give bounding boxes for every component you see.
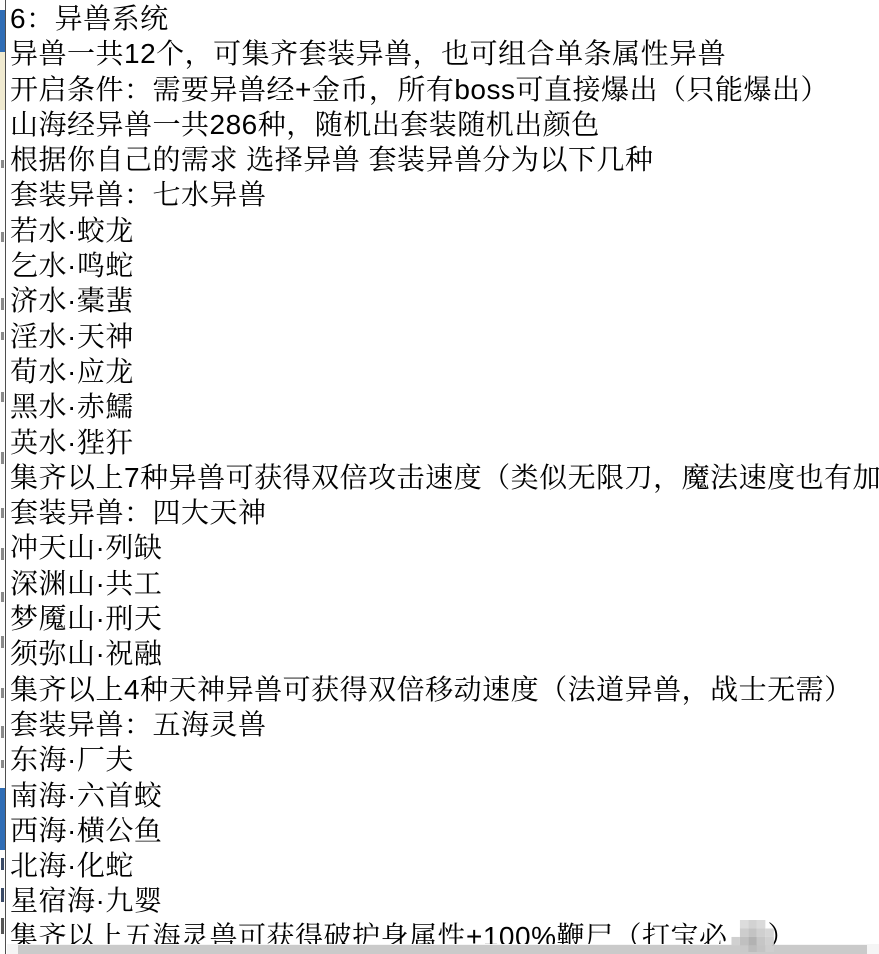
edge-text-fragment [1,636,4,648]
edge-text-fragment [1,726,4,738]
text-line: 深渊山·共工 [10,566,872,601]
text-line: 西海·横公鱼 [10,813,872,848]
text-line: 冲天山·列缺 [10,530,872,565]
edge-text-fragment [1,688,4,698]
text-line: 乞水·鸣蛇 [10,248,872,283]
edge-text-fragment [1,918,4,934]
document-text: 6：异兽系统 异兽一共12个，可集齐套装异兽，也可组合单条属性异兽 开启条件：需… [10,1,872,954]
text-line: 根据你自己的需求 选择异兽 套装异兽分为以下几种 [10,142,872,177]
text-line: 6：异兽系统 [10,1,872,36]
edge-text-fragment [1,592,4,602]
text-line: 套装异兽：五海灵兽 [10,707,872,742]
edge-text-fragment [1,232,4,242]
text-line: 集齐以上4种天神异兽可获得双倍移动速度（法道异兽，战士无需） [10,672,872,707]
text-line: 套装异兽：四大天神 [10,495,872,530]
text-line: 南海·六首蛟 [10,778,872,813]
edge-text-fragment [1,760,4,768]
edge-text-fragment [1,888,4,902]
text-line: 北海·化蛇 [10,848,872,883]
text-line: 济水·橐蜚 [10,283,872,318]
edge-text-fragment [1,548,4,560]
edge-text-fragment [1,332,4,340]
text-line: 荀水·应龙 [10,354,872,389]
text-line: 异兽一共12个，可集齐套装异兽，也可组合单条属性异兽 [10,36,872,71]
text-line: 套装异兽：七水异兽 [10,177,872,212]
text-line: 淫水·天神 [10,319,872,354]
edge-text-fragment [1,298,4,310]
edge-text-fragment [1,452,4,464]
edge-text-fragment [1,508,4,518]
edge-text-fragment [1,858,4,870]
text-line: 黑水·赤鱬 [10,389,872,424]
edge-text-fragment [1,392,4,402]
text-line: 开启条件：需要异兽经+金币，所有boss可直接爆出（只能爆出） [10,72,872,107]
text-line: 集齐以上7种异兽可获得双倍攻击速度（类似无限刀，魔法速度也有加成） [10,460,872,495]
text-line: 山海经异兽一共286种，随机出套装随机出颜色 [10,107,872,142]
text-line: 须弥山·祝融 [10,636,872,671]
left-border-line [5,0,6,954]
mosaic-redaction [729,920,781,952]
edge-text-fragment [1,160,4,168]
text-line: 若水·蛟龙 [10,213,872,248]
text-line: 梦魇山·刑天 [10,601,872,636]
text-line: 英水·狴犴 [10,425,872,460]
document-viewport: 6：异兽系统 异兽一共12个，可集齐套装异兽，也可组合单条属性异兽 开启条件：需… [0,0,879,954]
text-line: 星宿海·九婴 [10,883,872,918]
text-line: 东海·厂夫 [10,742,872,777]
